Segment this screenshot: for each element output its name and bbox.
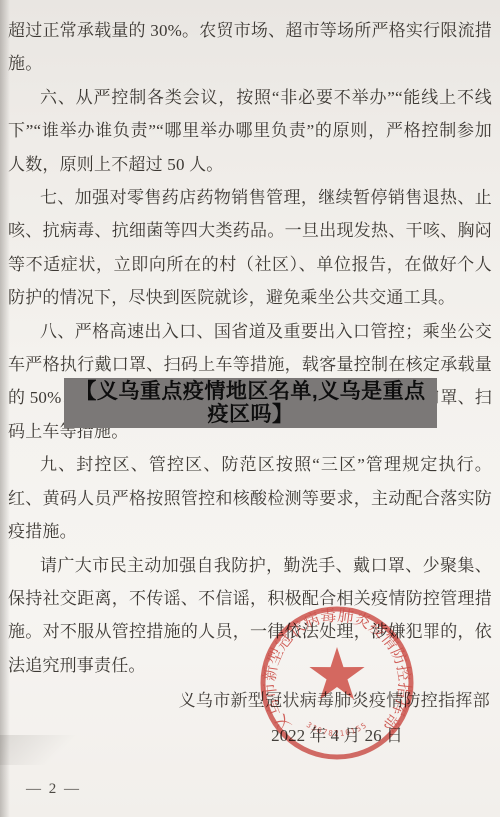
seal-graphic: 义乌市新型冠状病毒肺炎疫情防控指挥部 33078210155 bbox=[261, 606, 414, 757]
document-body: 超过正常承载量的 30%。农贸市场、超市等场所严格实行限流措施。 六、从严控制各… bbox=[8, 14, 492, 682]
official-seal: 义乌市新型冠状病毒肺炎疫情防控指挥部 33078210155 bbox=[252, 598, 422, 768]
photo-corner-shadow bbox=[0, 735, 80, 765]
document-paragraph-item-7: 七、加强对零售药店药物销售管理，继续暂停销售退热、止咳、抗病毒、抗细菌等四大类药… bbox=[8, 181, 492, 315]
overlay-caption: 【义乌重点疫情地区名单,义乌是重点疫区吗】 bbox=[64, 378, 437, 428]
document-photo: 超过正常承载量的 30%。农贸市场、超市等场所严格实行限流措施。 六、从严控制各… bbox=[0, 0, 500, 817]
document-paragraph-item-6: 六、从严控制各类会议，按照“非必要不举办”“能线上不线下”“谁举办谁负责”“哪里… bbox=[8, 81, 492, 181]
document-paragraph: 超过正常承载量的 30%。农贸市场、超市等场所严格实行限流措施。 bbox=[8, 14, 492, 81]
seal-star-icon bbox=[309, 647, 364, 699]
svg-text:33078210155: 33078210155 bbox=[305, 720, 369, 738]
page-number: — 2 — bbox=[26, 781, 81, 798]
seal-code: 33078210155 bbox=[305, 720, 369, 738]
document-paragraph-item-9: 九、封控区、管控区、防范区按照“三区”管理规定执行。红、黄码人员严格按照管控和核… bbox=[8, 448, 492, 548]
